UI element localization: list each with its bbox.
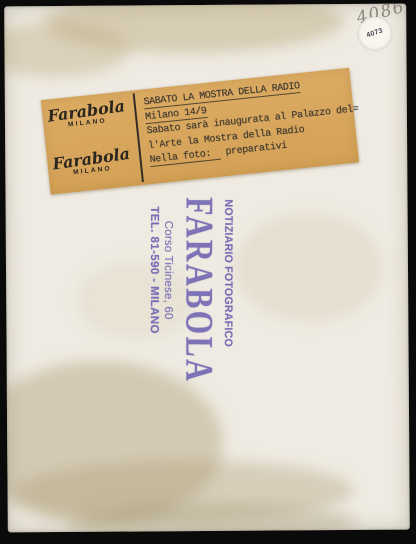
agency-logo-bottom: Farabola MILANO: [47, 146, 137, 179]
paper-stain: [13, 459, 353, 523]
stamp-address: Corso Ticinese, 60: [162, 197, 174, 343]
stamp-subtitle: NOTIZIARIO FOTOGRAFICO: [222, 199, 234, 341]
agency-logo-column: Farabola MILANO Farabola MILANO: [41, 91, 138, 195]
archive-sticker: 4073: [358, 17, 391, 50]
paper-stain: [234, 212, 385, 323]
caption-label: Farabola MILANO Farabola MILANO SABATO L…: [41, 68, 359, 195]
agency-rubber-stamp: NOTIZIARIO FOTOGRAFICO FARABOLA Corso Ti…: [132, 197, 234, 343]
photo-back-card: 4086 4073 Farabola MILANO Farabola MILAN…: [4, 4, 410, 533]
archive-sticker-number: 4073: [366, 27, 384, 39]
typed-caption: SABATO LA MOSTRA DELLA RADIO Milano 14/9…: [143, 74, 362, 168]
paper-stain: [68, 502, 358, 532]
paper-stain: [4, 22, 130, 78]
paper-stain: [44, 4, 344, 55]
photo-back-scan: { "photo_back": { "pencil_number": "4086…: [0, 0, 416, 544]
agency-logo-top: Farabola MILANO: [42, 98, 132, 131]
paper-stain: [4, 360, 224, 527]
stamp-phone-city: TEL. 81-590 - MILANO: [148, 197, 160, 343]
